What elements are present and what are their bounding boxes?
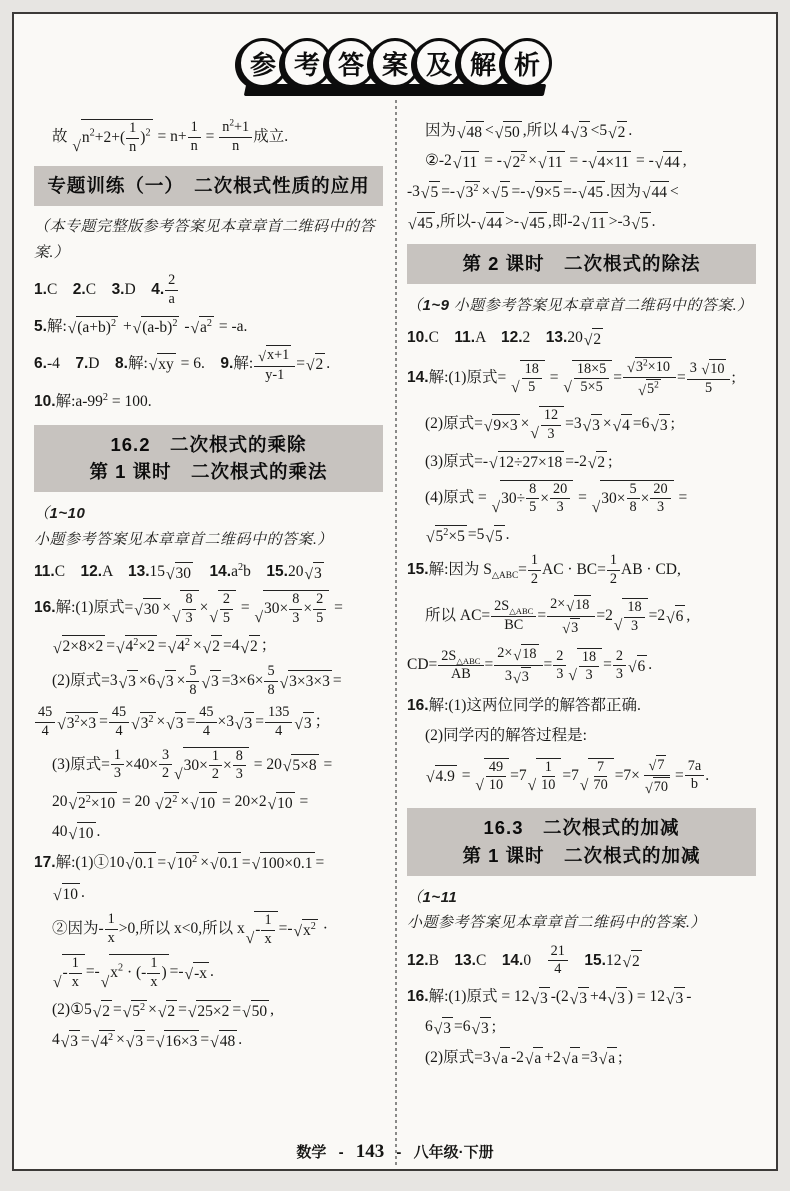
math-line: (3)原式=13×40×32√30×12×83 = 20√5×8 = xyxy=(34,747,383,783)
math-line: 所以 AC=2S△ABCBC=2×√18√3=2√183=2√6, xyxy=(407,595,756,638)
header-banner: 参考答案及解析 xyxy=(34,38,756,102)
math-line: 16.解:(1)这两位同学的解答都正确. xyxy=(407,694,756,717)
section-header-line: 专题训练（一） 二次根式性质的应用 xyxy=(36,172,381,200)
math-line: (2)原式=3√a-2√a+2√a=3√a; xyxy=(407,1046,756,1069)
math-line: √4.9 = √4910=7√110=7√770=7×√7√70=7ab. xyxy=(407,755,756,798)
book-page: 参考答案及解析 故 √n2+2+(1n)2 = n+1n = n2+1n成立.专… xyxy=(12,12,778,1171)
math-line: 4√3=√42×√3=√16×3=√48. xyxy=(34,1028,383,1051)
footer-page-number: 143 xyxy=(356,1141,385,1162)
header-badge-char: 案 xyxy=(370,38,420,88)
math-line: 14.解:(1)原式= √185 = √18×55×5=√32×10√52=3 … xyxy=(407,357,756,400)
note-line: （1~11 小题参考答案见本章章首二维码中的答案.） xyxy=(407,885,756,937)
math-line: √52×5=5√5. xyxy=(407,523,756,546)
answer-row: 10.C 11.A 12.2 13.20√2 xyxy=(407,326,756,349)
math-line: 故 √n2+2+(1n)2 = n+1n = n2+1n成立. xyxy=(34,119,383,155)
footer-grade: 八年级·下册 xyxy=(414,1144,494,1161)
section-header: 专题训练（一） 二次根式性质的应用 xyxy=(34,166,383,206)
math-line: 5.解:√(a+b)2 +√(a-b)2 -√a2 = -a. xyxy=(34,315,383,338)
math-line: (2)原式=3√3×6√3×58√3=3×6×58√3×3×3= xyxy=(34,664,383,698)
math-line: (2)原式=√9×3×√123=3√3×√4=6√3; xyxy=(407,406,756,442)
header-badge-char: 及 xyxy=(414,38,464,88)
math-line: -3√5=-√32×√5=-√9×5=-√45.因为√44< xyxy=(407,180,756,203)
footer-dash: - xyxy=(396,1144,401,1161)
math-line: 454√32×3=454√32×√3=454×3√3=1354√3； xyxy=(34,705,383,739)
math-line: 6√3=6√3; xyxy=(407,1015,756,1038)
math-line: (4)原式 = √30÷85×203 = √30×58×203 = xyxy=(407,480,756,516)
math-line: ②因为-1x>0,所以 x<0,所以 x√-1x=-√x2 · xyxy=(34,911,383,947)
math-line: 10.解:a-992 = 100. xyxy=(34,390,383,413)
header-badge-char: 析 xyxy=(502,38,552,88)
math-line: 20√22×10 = 20 √22×√10 = 20×2√10 = xyxy=(34,790,383,813)
math-line: 17.解:(1)①10√0.1=√102×√0.1=√100×0.1= xyxy=(34,851,383,874)
math-line: √10. xyxy=(34,881,383,904)
math-line: (3)原式=-√12÷27×18=-2√2; xyxy=(407,450,756,473)
section-header-line: 16.2 二次根式的乘除 xyxy=(36,431,381,459)
answer-row: 11.C 12.A 13.15√30 14.a2b 15.20√3 xyxy=(34,560,383,583)
header-badges: 参考答案及解析 xyxy=(238,38,552,88)
header-badge-char: 参 xyxy=(238,38,288,88)
math-line: (2)①5√2=√52×√2=√25×2=√50, xyxy=(34,998,383,1021)
section-header: 第 2 课时 二次根式的除法 xyxy=(407,244,756,284)
math-line: CD=2S△ABCAB=2×√183√3=23√183=23√6. xyxy=(407,644,756,687)
section-header: 16.3 二次根式的加减第 1 课时 二次根式的加减 xyxy=(407,808,756,876)
section-header-line: 第 2 课时 二次根式的除法 xyxy=(409,250,754,278)
answer-row: 12.B 13.C 14.0 214 15.12√2 xyxy=(407,944,756,978)
header-badge-char: 解 xyxy=(458,38,508,88)
math-line: √2×8×2=√42×2=√42×√2=4√2； xyxy=(34,634,383,657)
answer-row: 1.C 2.C 3.D 4.2a xyxy=(34,273,383,307)
math-line: 因为√48<√50,所以 4√3<5√2. xyxy=(407,119,756,142)
math-line: 40√10. xyxy=(34,820,383,843)
footer-subject: 数学 xyxy=(296,1144,326,1161)
math-line: √45,所以-√44>-√45,即-2√11>-3√5. xyxy=(407,210,756,233)
section-header-line: 第 1 课时 二次根式的乘法 xyxy=(36,458,381,486)
note-line: （本专题完整版参考答案见本章章首二维码中的答案.） xyxy=(34,215,383,266)
math-line: 15.解:因为 S△ABC=12AC · BC=12AB · CD, xyxy=(407,553,756,587)
math-line: 16.解:(1)原式 = 12√3-(2√3+4√3) = 12√3- xyxy=(407,985,756,1008)
section-header-line: 16.3 二次根式的加减 xyxy=(409,814,754,842)
math-line: ②-2√11 = -√22×√11 = -√4×11 = -√44, xyxy=(407,149,756,172)
math-line: 6.-4 7.D 8.解:√xy = 6. 9.解:√x+1y-1=√2. xyxy=(34,345,383,384)
header-badge-char: 答 xyxy=(326,38,376,88)
note-line: （1~10 小题参考答案见本章章首二维码中的答案.） xyxy=(34,501,383,553)
note-line: （1~9 小题参考答案见本章章首二维码中的答案.） xyxy=(407,293,756,320)
math-line: (2)同学丙的解答过程是: xyxy=(407,724,756,747)
footer-dash: - xyxy=(339,1144,344,1161)
header-badge-char: 考 xyxy=(282,38,332,88)
math-line: √-1x=-√x2 · (-1x)=-√-x. xyxy=(34,954,383,990)
section-header-line: 第 1 课时 二次根式的加减 xyxy=(409,842,754,870)
right-column: 因为√48<√50,所以 4√3<5√2.②-2√11 = -√22×√11 =… xyxy=(407,112,756,1076)
page-footer: 数学 - 143 - 八年级·下册 xyxy=(14,1141,776,1163)
section-header: 16.2 二次根式的乘除第 1 课时 二次根式的乘法 xyxy=(34,425,383,493)
math-line: 16.解:(1)原式=√30×√83×√25 = √30×83×25 = xyxy=(34,590,383,626)
left-column: 故 √n2+2+(1n)2 = n+1n = n2+1n成立.专题训练（一） 二… xyxy=(34,112,383,1058)
column-divider xyxy=(395,100,397,1167)
